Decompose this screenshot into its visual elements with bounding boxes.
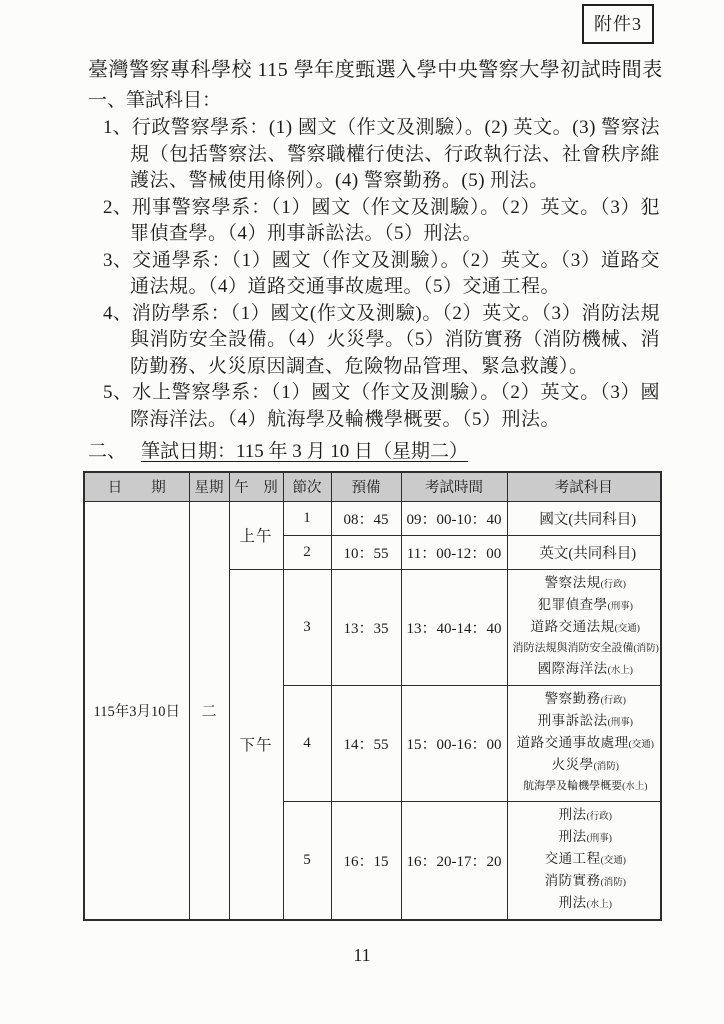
subject-tag: (交通) [601, 856, 626, 866]
section1-heading: 一、筆試科目： [88, 87, 660, 114]
subject-tag: (水上) [608, 666, 633, 676]
morning-cell: 上午 [229, 501, 283, 569]
period-cell: 4 [283, 685, 331, 801]
exam-time-cell: 16：20-17：20 [401, 801, 507, 920]
subject-name: 道路交通法規 [531, 619, 615, 634]
subject-name: 犯罪偵查學 [538, 597, 608, 612]
subject-line: 刑法(刑事) [513, 827, 659, 849]
document-title: 臺灣警察專科學校 115 學年度甄選入學中央警察大學初試時間表 [88, 57, 660, 84]
header-date: 日 期 [84, 472, 189, 501]
item-text: 交通學系：（1）國文（作文及測驗）。（2）英文。（3）道路交通法規。（4）道路交… [130, 250, 660, 298]
subject-name: 警察法規 [545, 575, 601, 590]
prep-time-cell: 10：55 [331, 535, 401, 569]
prep-time-cell: 14：55 [331, 685, 401, 801]
subject-line: 警察法規(行政) [513, 573, 659, 595]
subject-list: 1、行政警察學系：(1) 國文（作文及測驗）。(2) 英文。(3) 警察法規（包… [88, 115, 660, 433]
document-page: 附件3 臺灣警察專科學校 115 學年度甄選入學中央警察大學初試時間表 一、筆試… [0, 0, 724, 1024]
subject-tag: (刑事) [608, 718, 633, 728]
list-item-1: 1、行政警察學系：(1) 國文（作文及測驗）。(2) 英文。(3) 警察法規（包… [88, 115, 660, 195]
exam-time-cell: 13：40-14：40 [401, 569, 507, 685]
prep-time-cell: 13：35 [331, 569, 401, 685]
exam-time-cell: 09：00-10：40 [401, 501, 507, 535]
subjects-cell: 警察法規(行政) 犯罪偵查學(刑事) 道路交通法規(交通) 消防法規與消防安全設… [507, 569, 661, 685]
subject-tag: (水上) [587, 900, 612, 910]
subject-tag: (行政) [587, 812, 612, 822]
subject-tag: (消防) [634, 644, 659, 654]
item-number: 5、 [103, 382, 132, 403]
header-period: 節次 [283, 472, 331, 501]
period-cell: 5 [283, 801, 331, 920]
subject-line: 交通工程(交通) [513, 849, 659, 871]
prep-time-cell: 08：45 [331, 501, 401, 535]
exam-date-text: 筆試日期：115 年 3 月 10 日（星期二） [141, 441, 468, 462]
list-item-3: 3、交通學系：（1）國文（作文及測驗）。（2）英文。（3）道路交通法規。（4）道… [88, 248, 660, 301]
list-item-2: 2、刑事警察學系：（1）國文（作文及測驗）。（2）英文。（3）犯罪偵查學。（4）… [88, 195, 660, 248]
subject-name: 刑法 [559, 829, 587, 844]
item-text: 消防學系：（1）國文(作文及測驗)。（2）英文。（3）消防法規與消防安全設備。（… [130, 303, 660, 377]
subject-name: 道路交通事故處理 [517, 735, 629, 750]
subject-line: 警察勤務(行政) [513, 689, 659, 711]
header-exam-subject: 考試科目 [507, 472, 661, 501]
subject-name: 國際海洋法 [538, 661, 608, 676]
period-cell: 2 [283, 535, 331, 569]
exam-schedule-table: 日 期 星期 午 別 節次 預備 考試時間 考試科目 115年3月10日 二 上… [83, 471, 662, 921]
subject-tag: (交通) [615, 624, 640, 634]
subject-cell: 國文(共同科目) [507, 501, 661, 535]
subject-line: 刑法(水上) [513, 893, 659, 915]
item-number: 4、 [103, 303, 132, 324]
subjects-cell: 刑法(行政) 刑法(刑事) 交通工程(交通) 消防實務(消防) 刑法(水上) [507, 801, 661, 920]
subject-name: 交通工程 [545, 851, 601, 866]
subject-name: 刑法 [559, 895, 587, 910]
header-weekday: 星期 [189, 472, 229, 501]
subject-tag: (交通) [629, 740, 654, 750]
subject-tag: (刑事) [587, 834, 612, 844]
subject-tag: (刑事) [608, 602, 633, 612]
subject-line: 刑事訴訟法(刑事) [513, 711, 659, 733]
subject-tag: (消防) [594, 762, 619, 772]
exam-time-cell: 11：00-12：00 [401, 535, 507, 569]
subjects-cell: 警察勤務(行政) 刑事訴訟法(刑事) 道路交通事故處理(交通) 火災學(消防) … [507, 685, 661, 801]
subject-tag: (消防) [601, 878, 626, 888]
item-number: 1、 [103, 117, 132, 138]
subject-line: 消防實務(消防) [513, 871, 659, 893]
date-cell: 115年3月10日 [84, 501, 189, 920]
subject-tag: (行政) [601, 580, 626, 590]
subject-line: 道路交通事故處理(交通) [513, 733, 659, 755]
subject-name: 消防法規與消防安全設備 [513, 642, 634, 654]
subject-line: 航海學及輪機學概要(水上) [513, 777, 659, 797]
subject-name: 消防實務 [545, 873, 601, 888]
period-cell: 1 [283, 501, 331, 535]
period-cell: 3 [283, 569, 331, 685]
subject-tag: (水上) [622, 782, 647, 792]
weekday-cell: 二 [189, 501, 229, 920]
page-number: 11 [0, 945, 724, 966]
item-number: 3、 [103, 250, 132, 271]
subject-line: 火災學(消防) [513, 755, 659, 777]
item-number: 2、 [103, 197, 132, 218]
subject-name: 刑事訴訟法 [538, 713, 608, 728]
subject-line: 道路交通法規(交通) [513, 617, 659, 639]
subject-name: 警察勤務 [545, 691, 601, 706]
item-text: 刑事警察學系：（1）國文（作文及測驗）。（2）英文。（3）犯罪偵查學。（4）刑事… [130, 197, 660, 245]
subject-name: 刑法 [559, 807, 587, 822]
header-prep: 預備 [331, 472, 401, 501]
subject-name: 火災學 [552, 757, 594, 772]
header-exam-time: 考試時間 [401, 472, 507, 501]
subject-line: 國際海洋法(水上) [513, 659, 659, 681]
prep-time-cell: 16：15 [331, 801, 401, 920]
document-content: 臺灣警察專科學校 115 學年度甄選入學中央警察大學初試時間表 一、筆試科目： … [88, 57, 660, 921]
subject-line: 犯罪偵查學(刑事) [513, 595, 659, 617]
list-item-5: 5、水上警察學系：（1）國文（作文及測驗）。（2）英文。（3）國際海洋法。（4）… [88, 380, 660, 433]
section2-heading: 二、筆試日期：115 年 3 月 10 日（星期二） [88, 439, 660, 465]
list-item-4: 4、消防學系：（1）國文(作文及測驗)。（2）英文。（3）消防法規與消防安全設備… [88, 301, 660, 381]
subject-line: 消防法規與消防安全設備(消防) [513, 639, 659, 659]
item-text: 行政警察學系：(1) 國文（作文及測驗）。(2) 英文。(3) 警察法規（包括警… [130, 117, 660, 191]
subject-name: 航海學及輪機學概要 [523, 780, 622, 792]
section2-prefix: 二、 [88, 441, 126, 462]
attachment-badge: 附件3 [582, 4, 654, 44]
item-text: 水上警察學系：（1）國文（作文及測驗）。（2）英文。（3）國際海洋法。（4）航海… [130, 382, 660, 430]
subject-cell: 英文(共同科目) [507, 535, 661, 569]
table-header-row: 日 期 星期 午 別 節次 預備 考試時間 考試科目 [84, 472, 661, 501]
subject-tag: (行政) [601, 696, 626, 706]
header-ampm: 午 別 [229, 472, 283, 501]
exam-time-cell: 15：00-16：00 [401, 685, 507, 801]
subject-line: 刑法(行政) [513, 805, 659, 827]
afternoon-cell: 下午 [229, 569, 283, 920]
table-row: 115年3月10日 二 上午 1 08：45 09：00-10：40 國文(共同… [84, 501, 661, 535]
